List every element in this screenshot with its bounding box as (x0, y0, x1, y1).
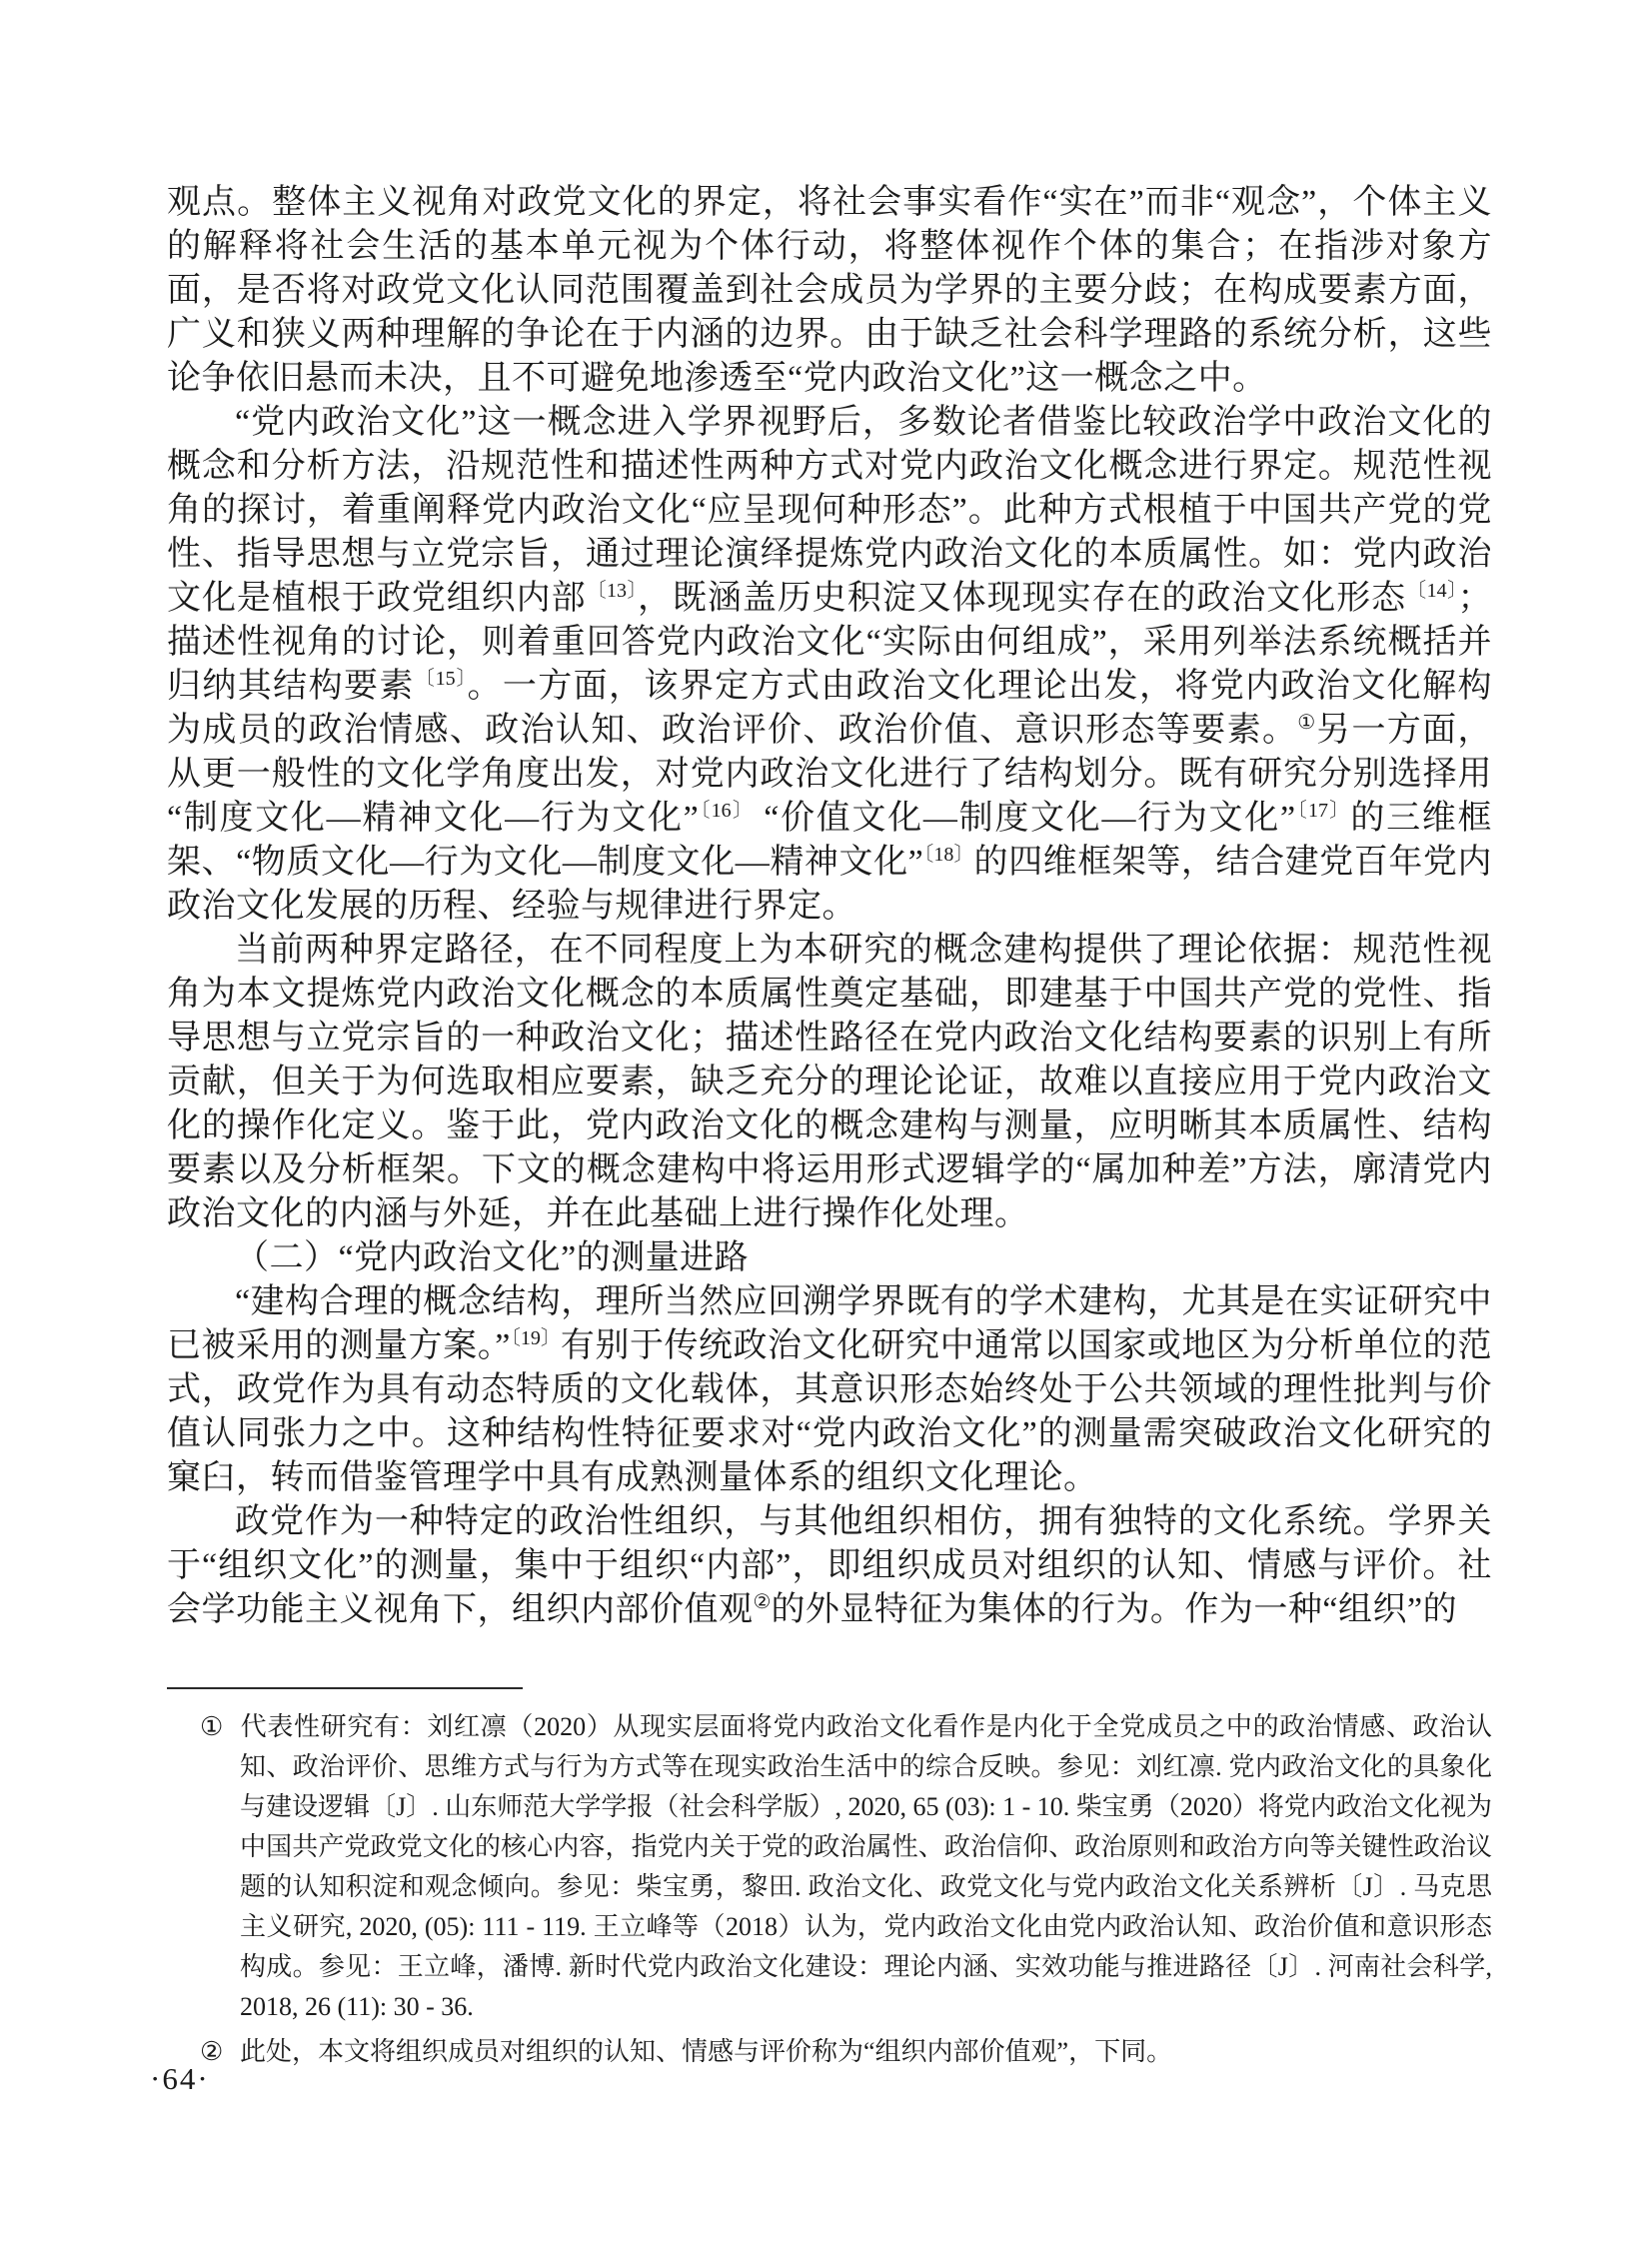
citation-superscript: 〔13〕 (587, 580, 638, 602)
paragraph: 政党作为一种特定的政治性组织，与其他组织相仿，拥有独特的文化系统。学界关于“组织… (167, 1500, 1492, 1632)
footnote: ①代表性研究有：刘红凛（2020）从现实层面将党内政治文化看作是内化于全党成员之… (167, 1707, 1492, 2027)
citation-superscript: ② (754, 1591, 772, 1613)
footnotes: ①代表性研究有：刘红凛（2020）从现实层面将党内政治文化看作是内化于全党成员之… (167, 1707, 1492, 2072)
page: 观点。整体主义视角对政党文化的界定，将社会事实看作“实在”而非“观念”，个体主义… (0, 0, 1652, 2243)
paragraph: “党内政治文化”这一概念进入学界视野后，多数论者借鉴比较政治学中政治文化的概念和… (167, 401, 1492, 929)
citation-superscript: 〔14〕 (1406, 580, 1457, 602)
text-run: 的外显特征为集体的行为。作为一种“组织”的 (771, 1591, 1457, 1628)
citation-superscript: 〔17〕 (1296, 800, 1351, 822)
footnote-marker: ① (200, 1707, 240, 1747)
text-run: （二）“党内政治文化”的测量进路 (235, 1239, 749, 1276)
citation-superscript: ① (1297, 712, 1316, 734)
footnote-text: 此处，本文将组织成员对组织的认知、情感与评价称为“组织内部价值观”，下同。 (240, 2037, 1172, 2066)
citation-superscript: 〔15〕 (415, 668, 468, 690)
citation-superscript: 〔18〕 (923, 844, 973, 866)
page-number: ·64· (150, 2061, 210, 2097)
text-run: 当前两种界定路径，在不同程度上为本研究的概念建构提供了理论依据：规范性视角为本文… (167, 932, 1492, 1232)
article-body: 观点。整体主义视角对政党文化的界定，将社会事实看作“实在”而非“观念”，个体主义… (167, 181, 1492, 1632)
footnote: ②此处，本文将组织成员对组织的认知、情感与评价称为“组织内部价值观”，下同。 (167, 2032, 1492, 2072)
text-run: ，既涵盖历史积淀又体现现实存在的政治文化形态 (638, 580, 1406, 617)
body-text: 观点。整体主义视角对政党文化的界定，将社会事实看作“实在”而非“观念”，个体主义… (167, 181, 1492, 1632)
text-run: “价值文化—制度文化—行为文化” (754, 800, 1295, 837)
section-heading: （二）“党内政治文化”的测量进路 (167, 1236, 1492, 1280)
footnote-separator (167, 1687, 523, 1689)
paragraph: 当前两种界定路径，在不同程度上为本研究的概念建构提供了理论依据：规范性视角为本文… (167, 929, 1492, 1236)
paragraph: 观点。整体主义视角对政党文化的界定，将社会事实看作“实在”而非“观念”，个体主义… (167, 181, 1492, 401)
citation-superscript: 〔16〕 (699, 800, 754, 822)
paragraph: “建构合理的概念结构，理所当然应回溯学界既有的学术建构，尤其是在实证研究中已被采… (167, 1280, 1492, 1500)
footnote-text: 代表性研究有：刘红凛（2020）从现实层面将党内政治文化看作是内化于全党成员之中… (240, 1712, 1492, 2021)
text-run: 观点。整体主义视角对政党文化的界定，将社会事实看作“实在”而非“观念”，个体主义… (167, 184, 1492, 397)
citation-superscript: 〔19〕 (511, 1327, 561, 1349)
